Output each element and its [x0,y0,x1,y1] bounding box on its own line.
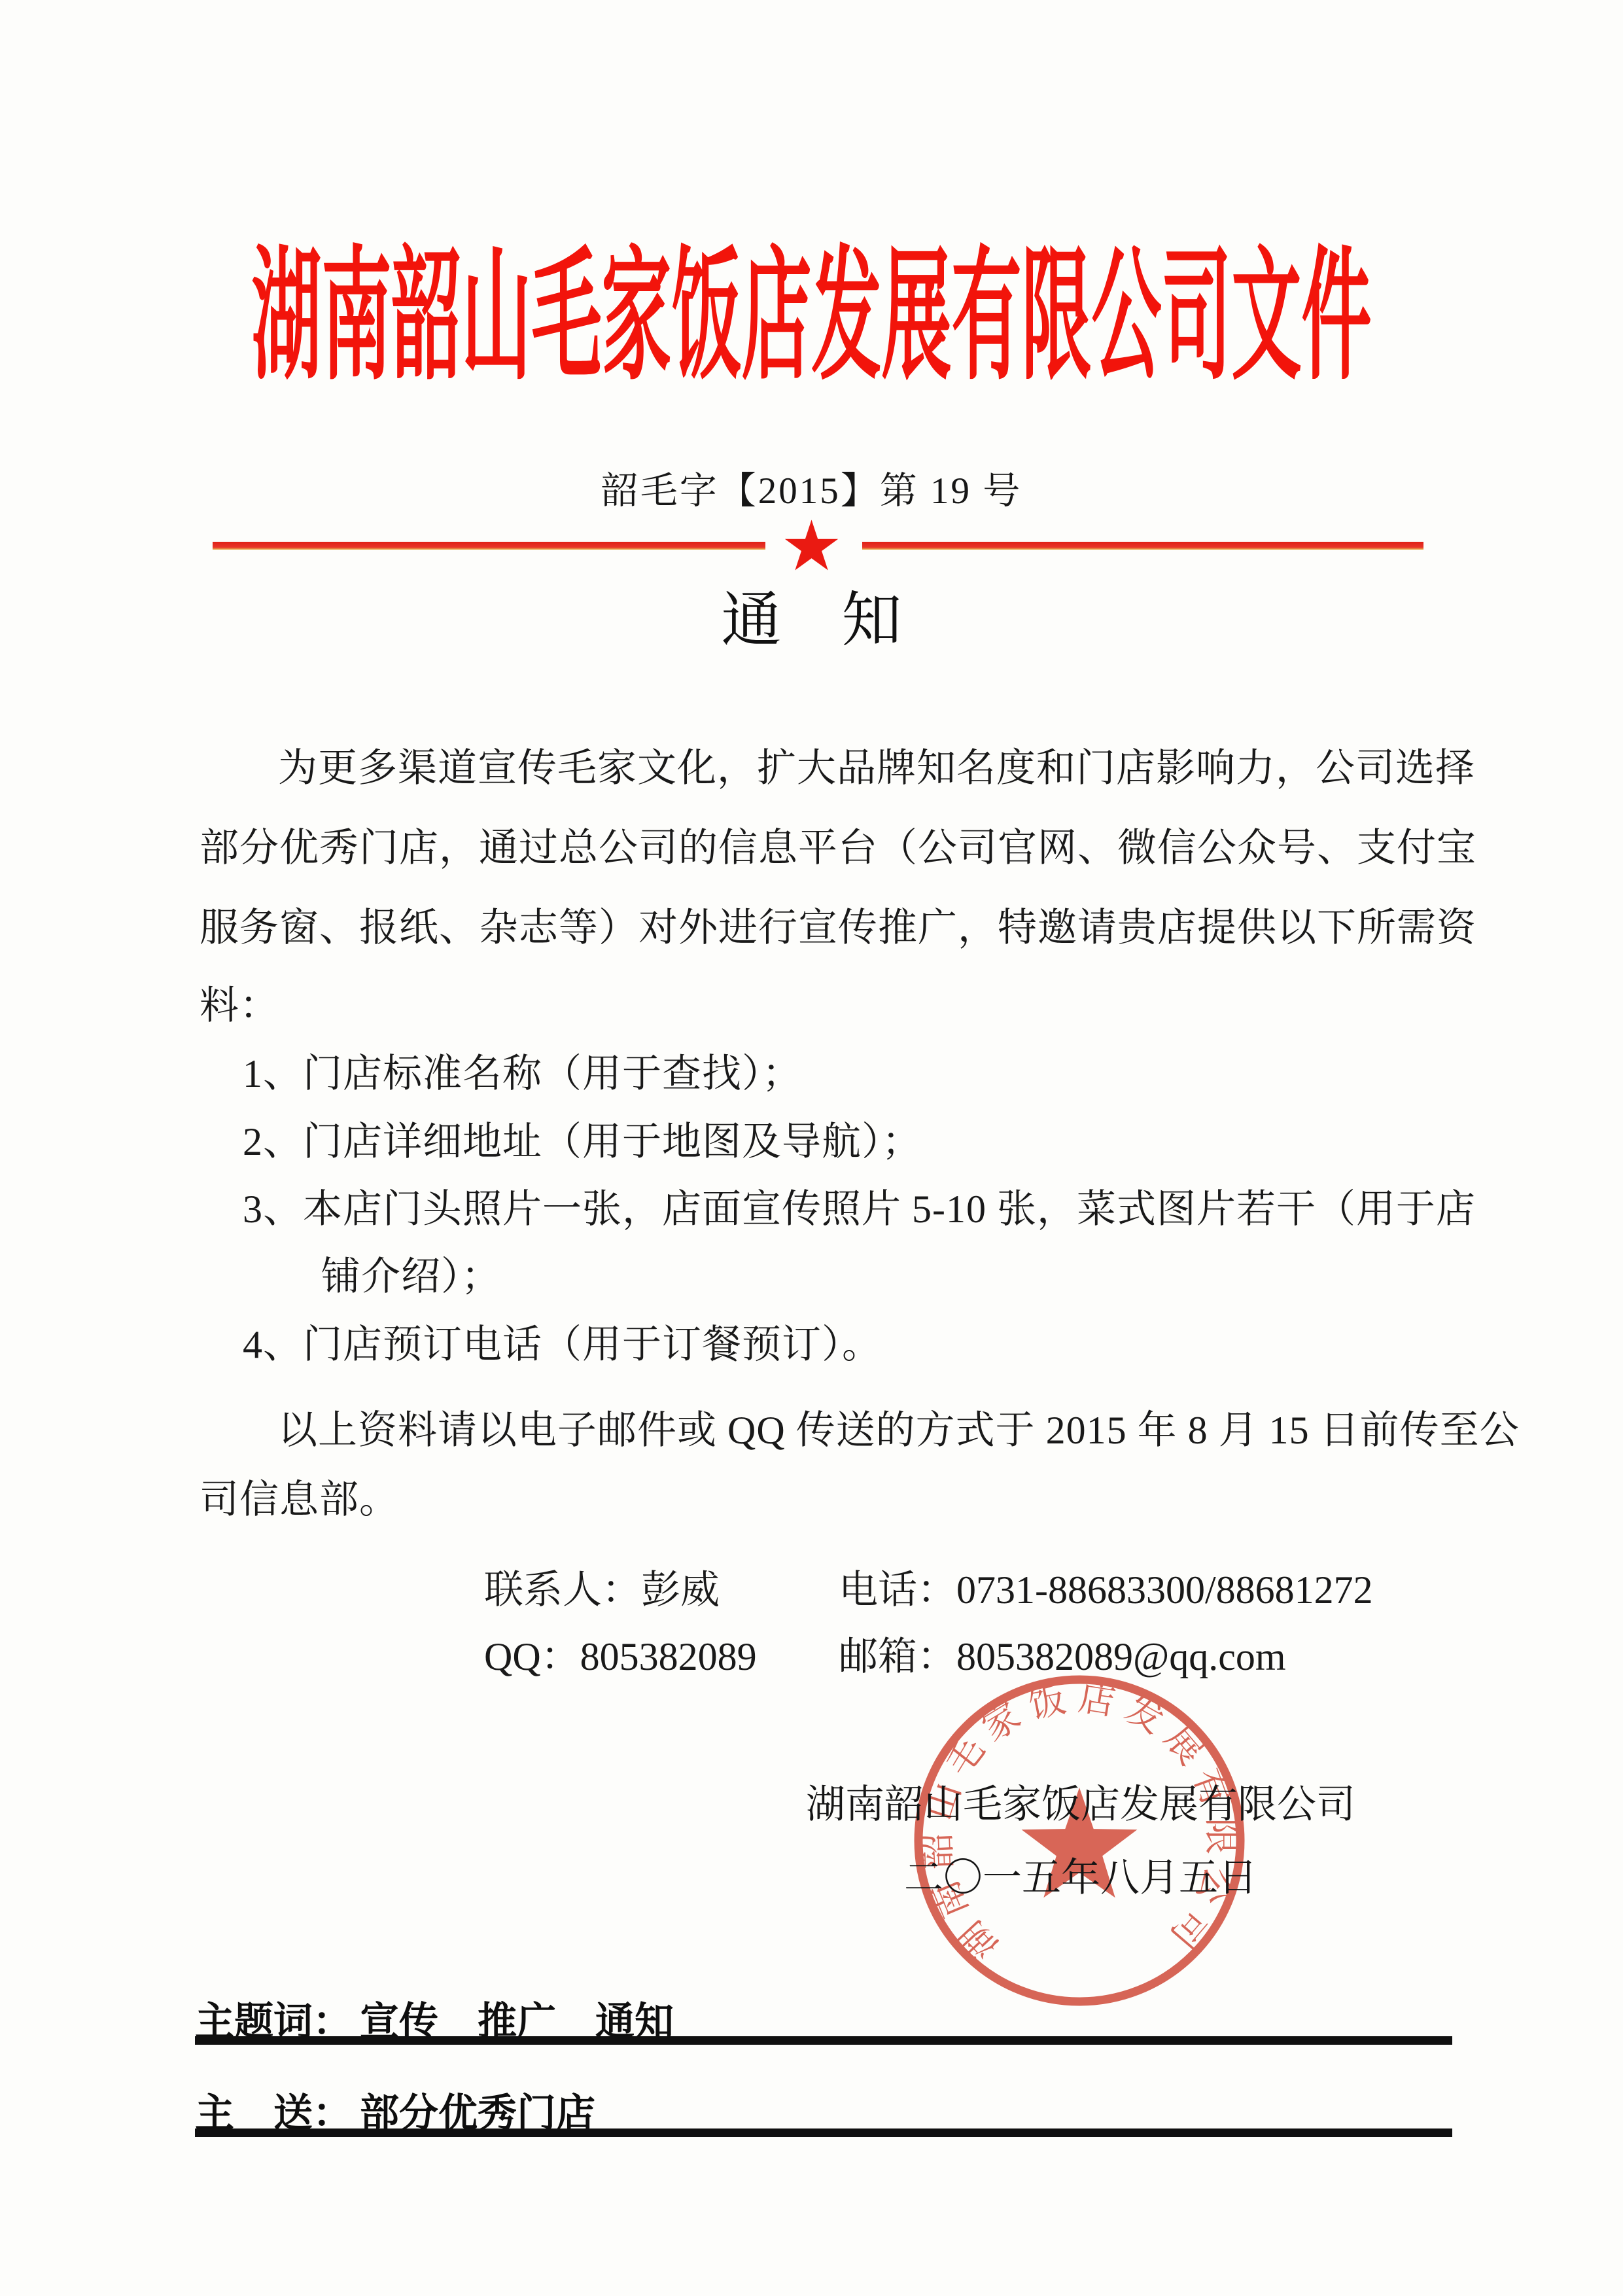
contact-person-value: 彭威 [641,1568,720,1612]
body-line: 为更多渠道宣传毛家文化，扩大品牌知名度和门店影响力，公司选择 [200,746,1547,791]
contact-qq-label: QQ： [484,1635,580,1678]
contact-person: 联系人：彭威 [484,1568,720,1613]
list-item-2: 2、门店详细地址（用于地图及导航）； [200,1120,1512,1165]
body-line: 料： [200,983,1469,1029]
body-line: 司信息部。 [200,1477,1469,1523]
body-line: 以上资料请以电子邮件或 QQ 传送的方式于 2015 年 8 月 15 日前传至… [200,1408,1547,1453]
signature-company-name: 湖南韶山毛家饭店发展有限公司 [806,1773,1355,1829]
list-item-1: 1、门店标准名称（用于查找）； [200,1051,1512,1097]
list-item-4: 4、门店预订电话（用于订餐预订）。 [200,1322,1512,1368]
contact-qq: QQ：805382089 [484,1634,757,1680]
letterhead-org-title: 湖南韶山毛家饭店发展有限公司文件 [0,241,1623,391]
contact-person-label: 联系人： [484,1568,641,1612]
body-line: 服务窗、报纸、杂志等）对外进行宣传推广，特邀请贵店提供以下所需资 [200,906,1469,951]
notice-heading: 通 知 [0,588,1623,654]
signature-date: 二〇一五年八月五日 [806,1846,1355,1903]
footer-divider-line-1 [195,2036,1452,2045]
body-line: 部分优秀门店，通过总公司的信息平台（公司官网、微信公众号、支付宝 [200,826,1469,871]
footer-divider-line-2 [195,2128,1452,2137]
company-seal-stamp: 湖南韶山毛家饭店发展有限公司 [906,1667,1253,2014]
contact-phone-value: 0731-88683300/88681272 [956,1568,1373,1612]
list-item-3: 3、本店门头照片一张，店面宣传照片 5-10 张，菜式图片若干（用于店 [200,1187,1512,1232]
contact-phone: 电话：0731-88683300/88681272 [839,1568,1373,1613]
scanned-document-page: 湖南韶山毛家饭店发展有限公司文件 韶毛字【2015】第 19 号 ★ 通 知 为… [0,0,1623,2296]
list-item-3-continued: 铺介绍）； [200,1254,1590,1299]
red-divider-line-right [862,542,1423,550]
contact-phone-label: 电话： [839,1568,956,1612]
contact-qq-value: 805382089 [580,1635,757,1678]
